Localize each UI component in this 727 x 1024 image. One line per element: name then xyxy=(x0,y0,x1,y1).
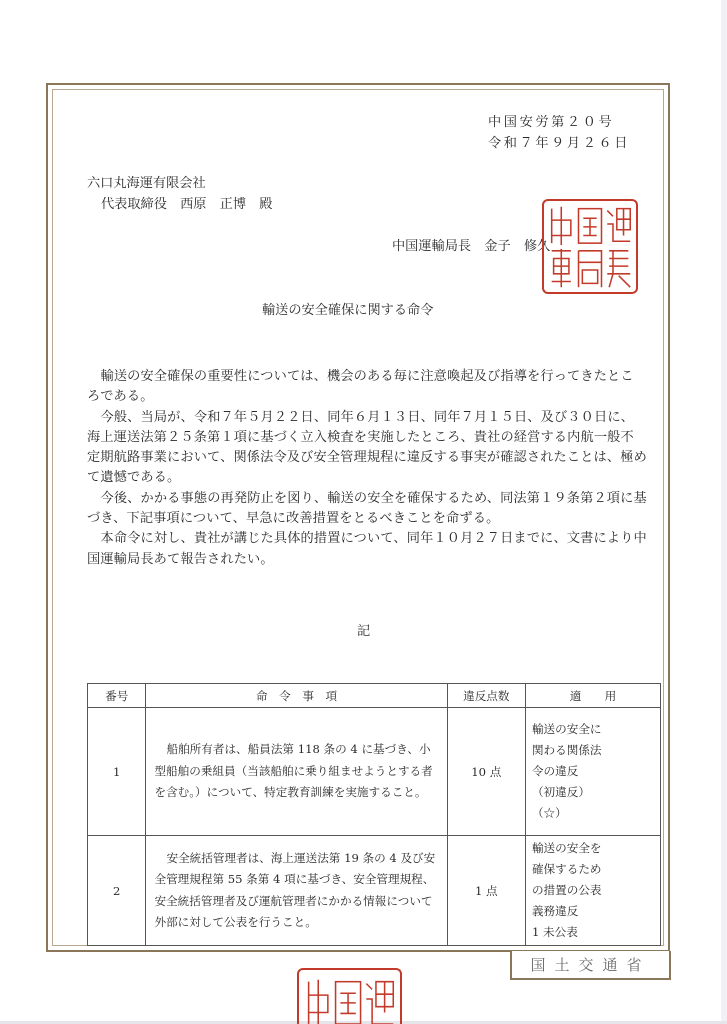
row-order: 船舶所有者は、船員法第 118 条の 4 に基づき、小型船舶の乗組員（当該船舶に… xyxy=(146,708,447,836)
ki-heading: 記 xyxy=(357,625,370,638)
row-number: 2 xyxy=(88,836,146,946)
page-edge xyxy=(721,0,727,1024)
header-application: 適 用 xyxy=(525,684,660,708)
row-order: 安全統括管理者は、海上運送法第 19 条の 4 及び安全管理規程第 55 条第 … xyxy=(146,836,447,946)
header-order-items: 命 令 事 項 xyxy=(146,684,447,708)
header-violation-points: 違反点数 xyxy=(447,684,525,708)
bottom-seal-icon xyxy=(297,968,402,1024)
addressee-representative: 代表取締役 西原 正博 殿 xyxy=(101,198,272,211)
reference-number: 中国安労第２０号 xyxy=(488,116,614,129)
row-application: 輸送の安全に 関わる関係法 令の違反 （初違反） （☆） xyxy=(525,708,660,836)
ministry-label: 国土交通省 xyxy=(510,951,671,980)
row-points: 1 点 xyxy=(447,836,525,946)
body-paragraph-4: 本命令に対し、貴社が講じた具体的措置について、同年１０月２７日までに、文書により… xyxy=(87,529,647,570)
row-number: 1 xyxy=(88,708,146,836)
document-body: 輸送の安全確保の重要性については、機会のある毎に注意喚起及び指導を行ってきたとこ… xyxy=(87,367,647,570)
addressee-company: 六口丸海運有限会社 xyxy=(87,177,206,190)
body-paragraph-1: 輸送の安全確保の重要性については、機会のある毎に注意喚起及び指導を行ってきたとこ… xyxy=(87,367,647,408)
row-points: 10 点 xyxy=(447,708,525,836)
sender-name: 中国運輸局長 金子 修久 xyxy=(392,240,550,253)
table-row: 1 船舶所有者は、船員法第 118 条の 4 に基づき、小型船舶の乗組員（当該船… xyxy=(88,708,661,836)
issue-date: 令和７年９月２６日 xyxy=(488,137,630,150)
table-row: 2 安全統括管理者は、海上運送法第 19 条の 4 及び安全管理規程第 55 条… xyxy=(88,836,661,946)
order-table: 番号 命 令 事 項 違反点数 適 用 1 船舶所有者は、船員法第 118 条の… xyxy=(87,683,661,946)
table-header-row: 番号 命 令 事 項 違反点数 適 用 xyxy=(88,684,661,708)
header-number: 番号 xyxy=(88,684,146,708)
body-paragraph-3: 今後、かかる事態の再発防止を図り、輸送の安全を確保するため、同法第１９条第２項に… xyxy=(87,489,647,530)
body-paragraph-2: 今般、当局が、令和７年５月２２日、同年６月１３日、同年７月１５日、及び３０日に、… xyxy=(87,408,647,489)
official-seal-icon xyxy=(542,199,638,294)
row-application: 輸送の安全を 確保するため の措置の公表 義務違反 1 未公表 xyxy=(525,836,660,946)
document-title: 輸送の安全確保に関する命令 xyxy=(262,304,433,317)
